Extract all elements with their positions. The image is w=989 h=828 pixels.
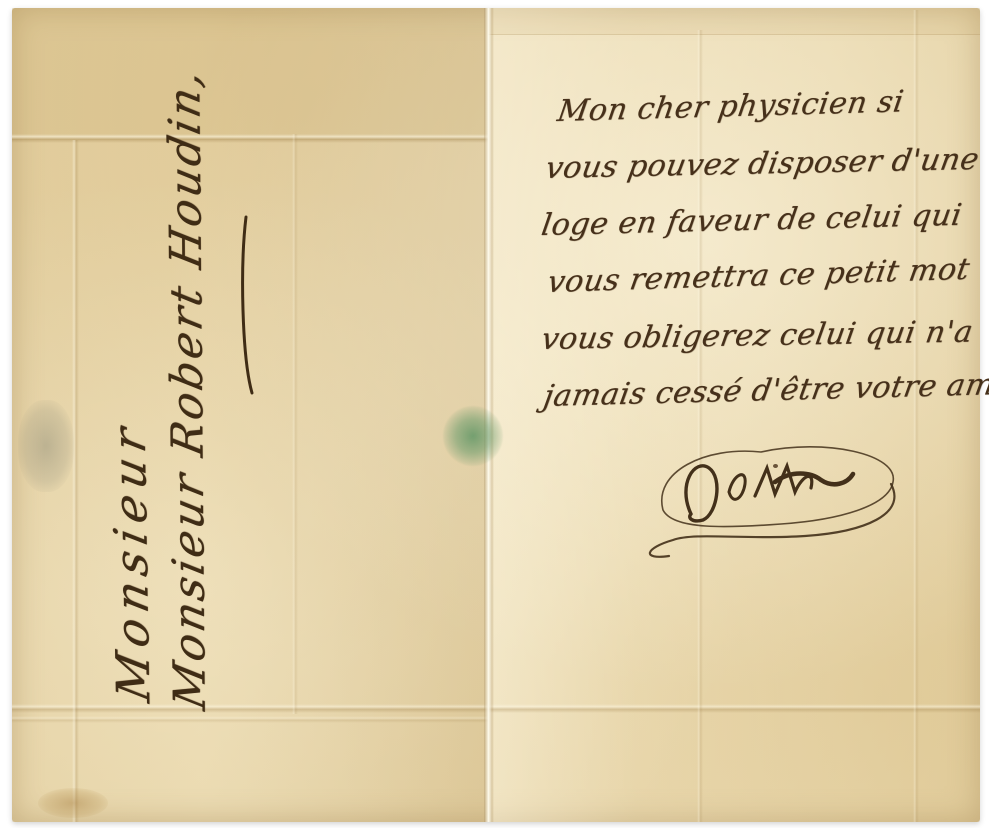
letter-line-4: vous remettra ce petit mot xyxy=(541,252,977,322)
letter-line-6: jamais cessé d'être votre ami xyxy=(537,368,977,436)
bottom-left-stain xyxy=(38,788,108,818)
top-fold-shading-left xyxy=(12,8,488,140)
top-fold-shading-right xyxy=(488,8,980,35)
letter-line-1: Mon cher physicien si xyxy=(552,82,976,151)
address-line-2: Monsieur Robert Houdin, xyxy=(159,63,216,714)
address-line-1: Monsieur xyxy=(102,417,161,706)
grey-edge-smudge xyxy=(18,400,74,492)
letter-body: Mon cher physicien si vous pouvez dispos… xyxy=(540,94,970,436)
scanned-letter-image: Mon cher physicien si vous pouvez dispos… xyxy=(0,0,989,828)
address-underline-flourish xyxy=(238,213,256,397)
signature-flourish xyxy=(633,430,929,562)
green-wax-seal-remnant xyxy=(443,406,503,466)
address-panel: Monsieur Monsieur Robert Houdin, xyxy=(104,128,268,752)
